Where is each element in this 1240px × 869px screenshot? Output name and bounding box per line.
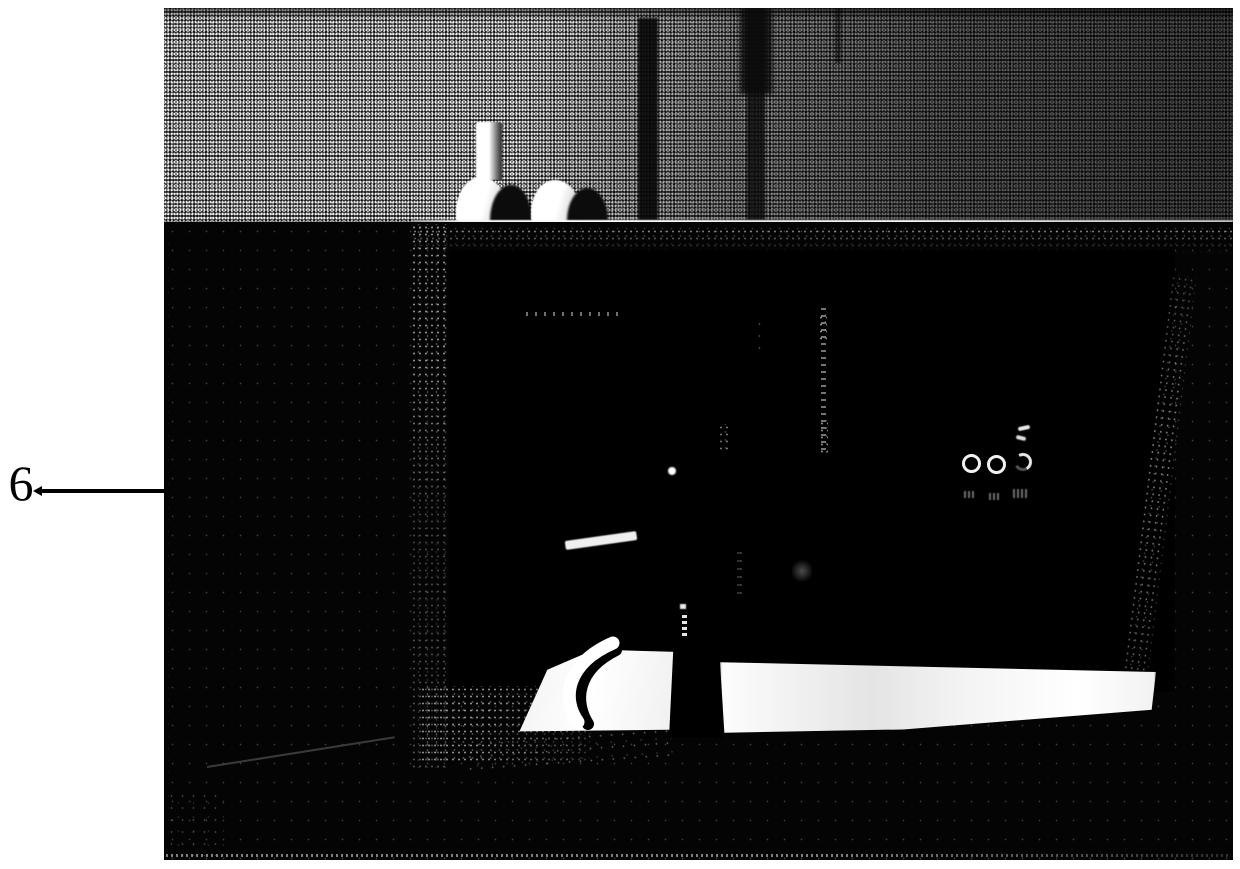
post-highlight — [680, 604, 686, 609]
leader-line — [37, 489, 168, 493]
photo-bottom-edge-artifact — [166, 854, 1228, 857]
back-wall-dotted-edge — [526, 312, 618, 316]
panel-label-smudge — [964, 491, 976, 498]
faint-reflection — [792, 558, 812, 584]
support-rod-left — [638, 18, 658, 222]
stirrer-shaft-highlight — [737, 552, 742, 598]
white-bottle — [476, 122, 502, 180]
control-knob-icon — [987, 455, 1006, 474]
photo-left-edge-artifact — [164, 238, 169, 838]
reference-numeral: 6 — [4, 458, 38, 508]
support-rod-right — [747, 8, 765, 222]
panel-label-smudge — [989, 493, 1001, 500]
post-highlight-dashes — [682, 615, 687, 637]
chamber-rod-speckle-top — [818, 314, 827, 340]
support-post — [669, 604, 723, 738]
panel-label-smudge — [1013, 489, 1027, 498]
interior-speckle-b — [754, 318, 762, 356]
wall-shading — [164, 8, 1233, 222]
interior-speckle-a — [718, 424, 732, 454]
highlight-dot — [668, 467, 676, 475]
control-knob-icon — [962, 454, 981, 473]
chamber-rod-speckle-mid — [819, 420, 828, 456]
door-corner-speckle — [166, 790, 224, 856]
faint-rod — [835, 8, 841, 63]
observation-window — [449, 250, 1175, 692]
photograph-laboratory-cabinet — [164, 8, 1233, 860]
wall-top-shading — [164, 8, 1233, 20]
